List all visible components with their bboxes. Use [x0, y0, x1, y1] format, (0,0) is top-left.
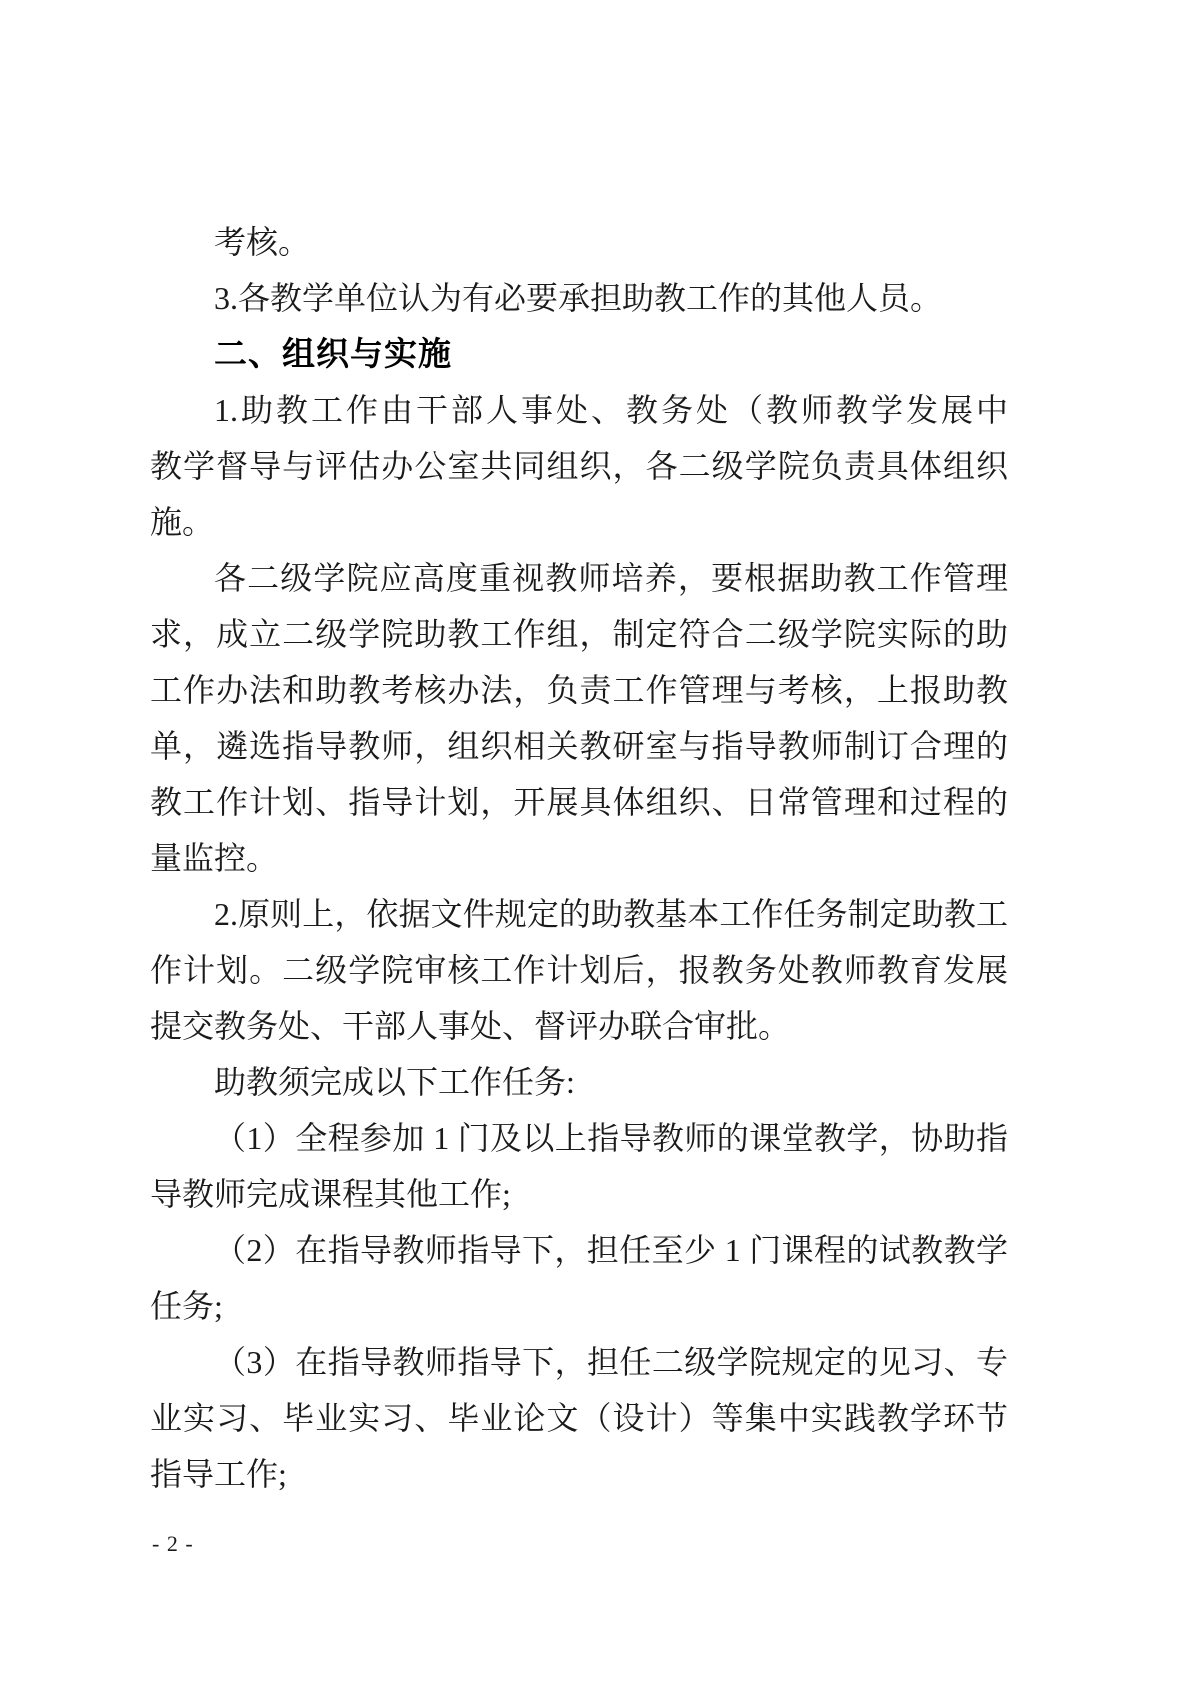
text-line: 助教须完成以下工作任务: [214, 1054, 1008, 1110]
text-line: 考核。 [214, 214, 1008, 270]
text-line: （2）在指导教师指导下，担任至少 1 门课程的试教教学 [214, 1222, 1008, 1278]
text-line: 求，成立二级学院助教工作组，制定符合二级学院实际的助教 [150, 606, 1008, 662]
text-line: 2.原则上，依据文件规定的助教基本工作任务制定助教工 [214, 886, 1008, 942]
document-body: 考核。3.各教学单位认为有必要承担助教工作的其他人员。二、组织与实施1.助教工作… [0, 0, 1191, 1684]
text-line: 1.助教工作由干部人事处、教务处（教师教学发展中心）、 [214, 382, 1008, 438]
text-line: 各二级学院应高度重视教师培养，要根据助教工作管理要 [214, 550, 1008, 606]
text-line: 工作办法和助教考核办法，负责工作管理与考核，上报助教名 [150, 662, 1008, 718]
text-line: 3.各教学单位认为有必要承担助教工作的其他人员。 [214, 270, 1008, 326]
text-line: 单，遴选指导教师，组织相关教研室与指导教师制订合理的助 [150, 718, 1008, 774]
text-line: 作计划。二级学院审核工作计划后，报教务处教师教育发展科， [150, 942, 1008, 998]
text-line: 教学督导与评估办公室共同组织，各二级学院负责具体组织实 [150, 438, 1008, 494]
text-line: （1）全程参加 1 门及以上指导教师的课堂教学，协助指 [214, 1110, 1008, 1166]
text-line: 施。 [150, 494, 1008, 550]
document-page: 考核。3.各教学单位认为有必要承担助教工作的其他人员。二、组织与实施1.助教工作… [0, 0, 1191, 1684]
text-line: 指导工作; [150, 1446, 1008, 1502]
text-line: 业实习、毕业实习、毕业论文（设计）等集中实践教学环节的 [150, 1390, 1008, 1446]
text-line: 教工作计划、指导计划，开展具体组织、日常管理和过程的质 [150, 774, 1008, 830]
page-number: - 2 - [152, 1530, 194, 1558]
text-line: 量监控。 [150, 830, 1008, 886]
text-line: 任务; [150, 1278, 1008, 1334]
section-heading: 二、组织与实施 [214, 326, 1008, 382]
text-line: 导教师完成课程其他工作; [150, 1166, 1008, 1222]
text-line: 提交教务处、干部人事处、督评办联合审批。 [150, 998, 1008, 1054]
text-line: （3）在指导教师指导下，担任二级学院规定的见习、专 [214, 1334, 1008, 1390]
